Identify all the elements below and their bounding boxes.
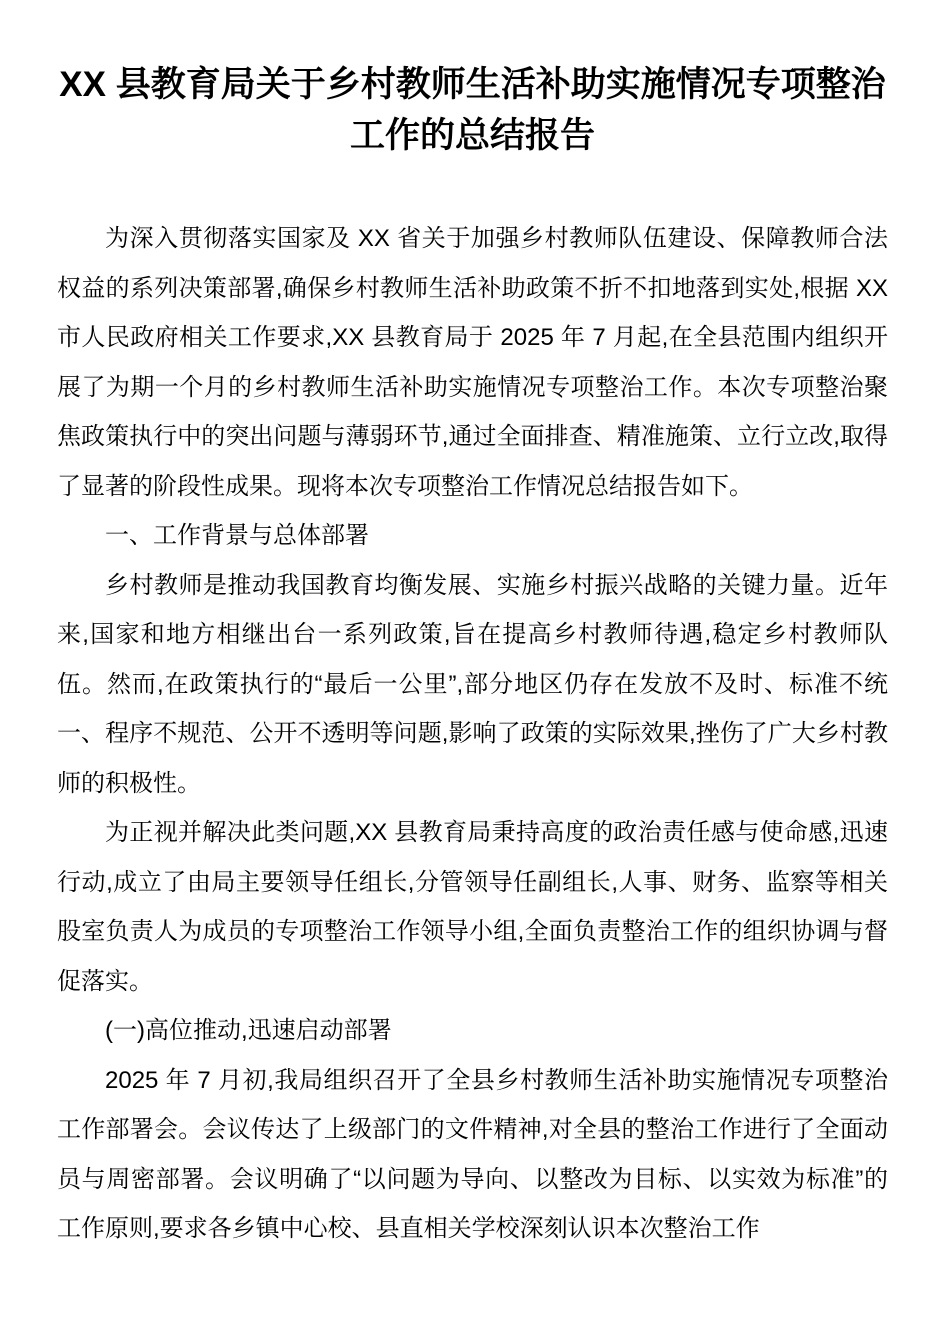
document-title: XX 县教育局关于乡村教师生活补助实施情况专项整治工作的总结报告 [57, 59, 888, 161]
section-heading-1: 一、工作背景与总体部署 [57, 511, 888, 561]
paragraph-intro: 为深入贯彻落实国家及 XX 省关于加强乡村教师队伍建设、保障教师合法权益的系列决… [57, 214, 888, 511]
document-content: XX 县教育局关于乡村教师生活补助实施情况专项整治工作的总结报告 为深入贯彻落实… [57, 59, 888, 1254]
paragraph-background: 乡村教师是推动我国教育均衡发展、实施乡村振兴战略的关键力量。近年来,国家和地方相… [57, 561, 888, 809]
document-page: XX 县教育局关于乡村教师生活补助实施情况专项整治工作的总结报告 为深入贯彻落实… [0, 0, 950, 1344]
paragraph-leading-group: 为正视并解决此类问题,XX 县教育局秉持高度的政治责任感与使命感,迅速行动,成立… [57, 808, 888, 1006]
paragraph-deployment-meeting: 2025 年 7 月初,我局组织召开了全县乡村教师生活补助实施情况专项整治工作部… [57, 1056, 888, 1254]
subsection-heading-1: (一)高位推动,迅速启动部署 [57, 1006, 888, 1056]
